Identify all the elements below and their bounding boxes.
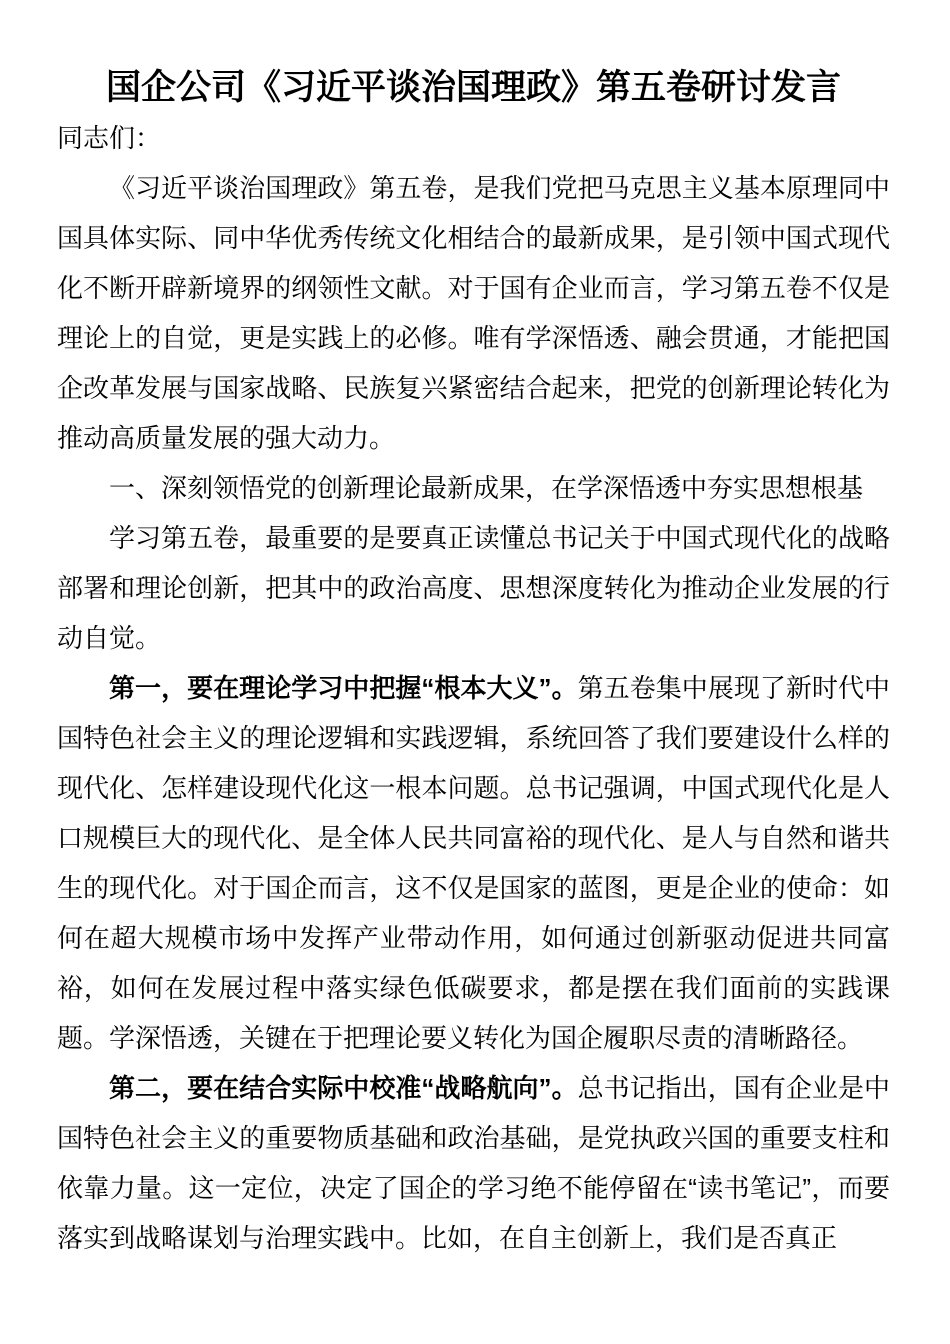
- paragraph-point-2: 第二，要在结合实际中校准“战略航向”。总书记指出，国有企业是中国特色社会主义的重…: [57, 1063, 890, 1263]
- paragraph-intro: 《习近平谈治国理政》第五卷，是我们党把马克思主义基本原理同中国具体实际、同中华优…: [57, 163, 890, 463]
- document-title: 国企公司《习近平谈治国理政》第五卷研讨发言: [57, 63, 890, 113]
- paragraph-text: 第五卷集中展现了新时代中国特色社会主义的理论逻辑和实践逻辑，系统回答了我们要建设…: [57, 673, 890, 1053]
- salutation: 同志们：: [57, 113, 890, 163]
- paragraph-bold-lead: 第二，要在结合实际中校准“战略航向”。: [109, 1073, 578, 1103]
- section-heading-text: 一、深刻领悟党的创新理论最新成果，在学深悟透中夯实思想根基: [109, 473, 863, 503]
- paragraph-point-1: 第一，要在理论学习中把握“根本大义”。第五卷集中展现了新时代中国特色社会主义的理…: [57, 663, 890, 1063]
- paragraph-bold-lead: 第一，要在理论学习中把握“根本大义”。: [109, 673, 578, 703]
- section-heading-1: 一、深刻领悟党的创新理论最新成果，在学深悟透中夯实思想根基: [57, 463, 890, 513]
- paragraph-text: 《习近平谈治国理政》第五卷，是我们党把马克思主义基本原理同中国具体实际、同中华优…: [57, 173, 890, 453]
- document-page: 国企公司《习近平谈治国理政》第五卷研讨发言 同志们： 《习近平谈治国理政》第五卷…: [0, 0, 950, 1344]
- paragraph-section-1-lead: 学习第五卷，最重要的是要真正读懂总书记关于中国式现代化的战略部署和理论创新，把其…: [57, 513, 890, 663]
- paragraph-text: 学习第五卷，最重要的是要真正读懂总书记关于中国式现代化的战略部署和理论创新，把其…: [57, 523, 890, 653]
